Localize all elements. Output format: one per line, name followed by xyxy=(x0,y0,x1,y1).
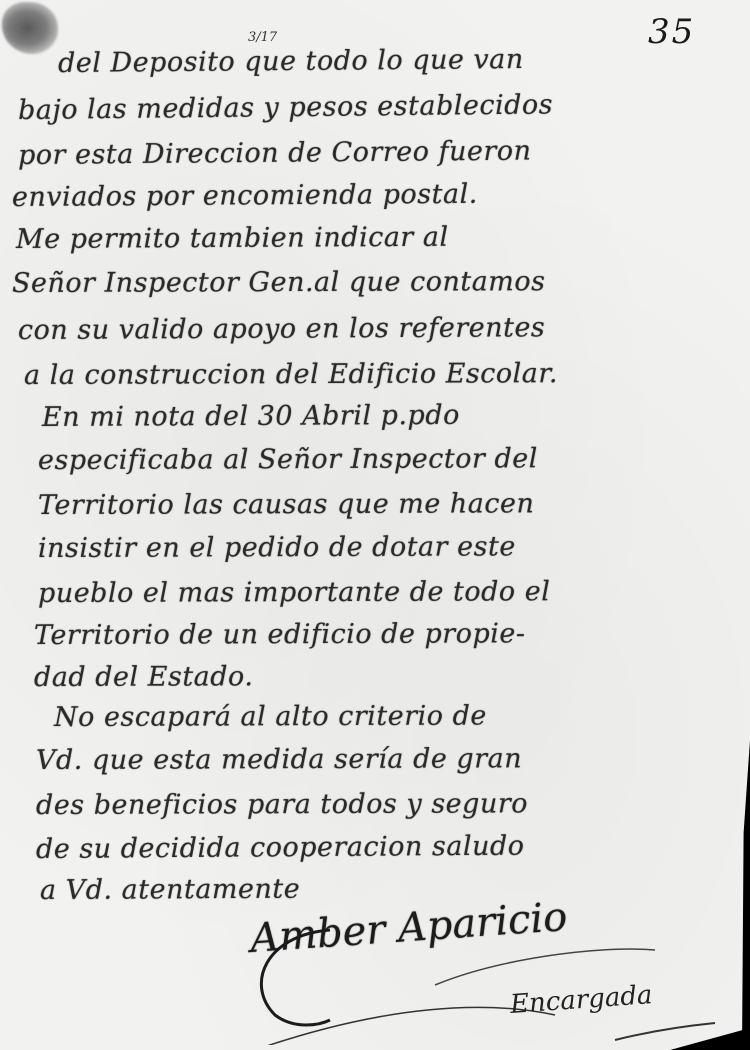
folio-number: 35 xyxy=(648,12,695,52)
text-line: pueblo el mas importante de todo el xyxy=(38,576,550,609)
text-line: Vd. que esta medida sería de gran xyxy=(36,743,522,776)
text-line: Territorio de un edificio de propie- xyxy=(34,618,526,651)
manuscript-page: 35 3/17 del Deposito que todo lo que van… xyxy=(0,0,750,1050)
text-line: des beneficios para todos y seguro xyxy=(36,788,528,821)
text-line: por esta Direccion de Correo fueron xyxy=(18,136,532,171)
text-line: con su valido apoyo en los referentes xyxy=(18,312,545,346)
text-line: insistir en el pedido de dotar este xyxy=(38,531,516,564)
ink-stain xyxy=(2,2,58,54)
text-line: especificaba al Señor Inspector del xyxy=(38,443,538,476)
text-line: No escapará al alto criterio de xyxy=(54,700,487,733)
text-line: En mi nota del 30 Abril p.pdo xyxy=(42,400,460,433)
scan-edge-shadow xyxy=(742,740,750,1050)
text-line: dad del Estado. xyxy=(34,661,253,693)
text-line: enviados por encomienda postal. xyxy=(12,179,478,213)
text-line: Territorio las causas que me hacen xyxy=(38,488,534,521)
marginal-note: 3/17 xyxy=(248,30,277,45)
text-line: a Vd. atentamente xyxy=(40,874,300,906)
text-line: de su decidida cooperacion saludo xyxy=(36,831,525,865)
text-line: bajo las medidas y pesos establecidos xyxy=(18,89,553,126)
text-line: a la construccion del Edificio Escolar. xyxy=(24,358,558,391)
text-line: Señor Inspector Gen.al que contamos xyxy=(12,266,546,299)
text-line: Me permito tambien indicar al xyxy=(16,222,449,255)
text-line: del Deposito que todo lo que van xyxy=(58,44,524,79)
